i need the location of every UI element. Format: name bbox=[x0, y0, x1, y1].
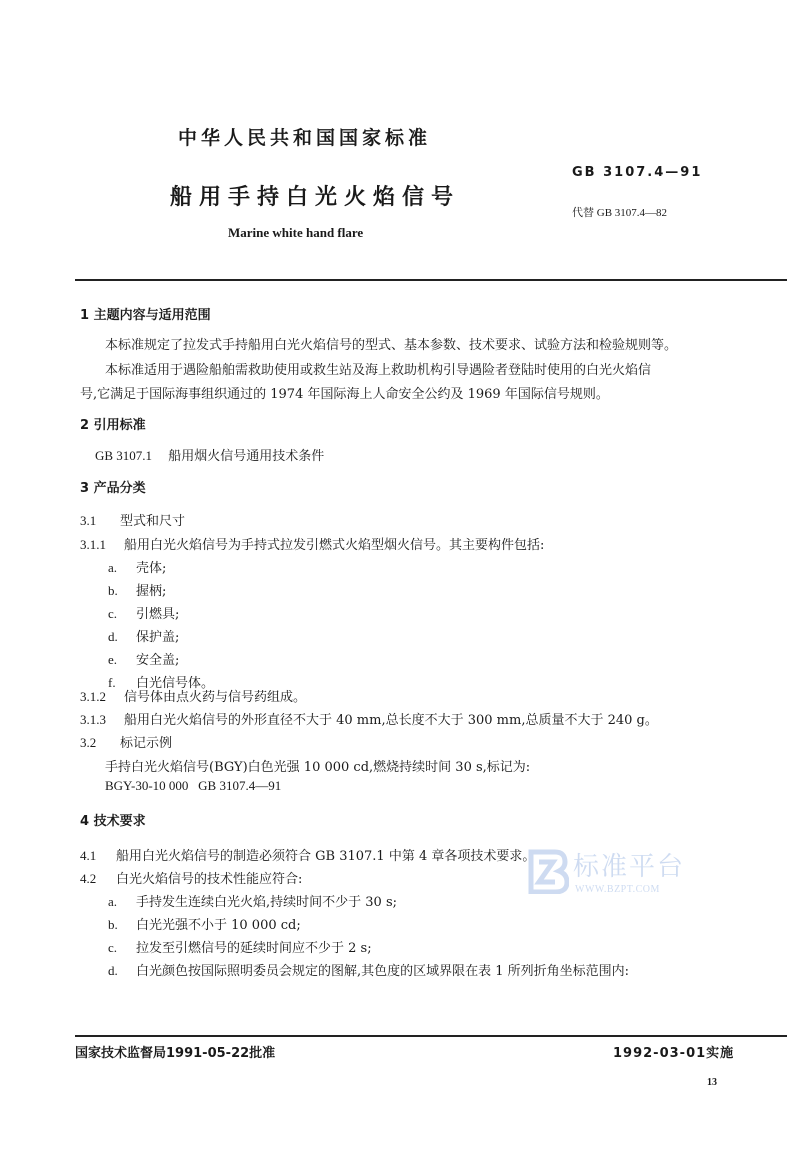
clause-text: 标记示例 bbox=[120, 736, 172, 751]
requirement-item: b.白光光强不小于 10 000 cd; bbox=[108, 914, 301, 933]
clause-3-1: 3.1型式和尺寸 bbox=[80, 510, 185, 529]
clause-number: 4.2 bbox=[80, 871, 116, 887]
section-1-para-1: 本标准规定了拉发式手持船用白光火焰信号的型式、基本参数、技术要求、试验方法和检验… bbox=[105, 334, 677, 353]
item-label: b. bbox=[108, 917, 136, 933]
item-label: a. bbox=[108, 894, 136, 910]
item-label: d. bbox=[108, 963, 136, 979]
clause-number: 3.1.2 bbox=[80, 689, 124, 705]
item-label: a. bbox=[108, 560, 136, 576]
standard-code: GB 3107.4—91 bbox=[572, 165, 702, 180]
clause-text: 船用白光火焰信号为手持式拉发引燃式火焰型烟火信号。其主要构件包括: bbox=[124, 538, 544, 553]
reference-standard: GB 3107.1 船用烟火信号通用技术条件 bbox=[95, 445, 324, 464]
effective-date: 1992-03-01实施 bbox=[613, 1042, 734, 1061]
section-1-para-2-line-2: 号,它满足于国际海事组织通过的 1974 年国际海上人命安全公约及 1969 年… bbox=[80, 383, 609, 402]
section-2-heading: 2 引用标准 bbox=[80, 414, 146, 433]
clause-3-1-3: 3.1.3船用白光火焰信号的外形直径不大于 40 mm,总长度不大于 300 m… bbox=[80, 709, 658, 728]
clause-4-2: 4.2白光火焰信号的技术性能应符合: bbox=[80, 868, 302, 887]
clause-4-1: 4.1船用白光火焰信号的制造必须符合 GB 3107.1 中第 4 章各项技术要… bbox=[80, 845, 535, 864]
clause-3-1-2: 3.1.2信号体由点火药与信号药组成。 bbox=[80, 686, 306, 705]
reference-title: 船用烟火信号通用技术条件 bbox=[168, 449, 324, 464]
clause-3-1-1: 3.1.1船用白光火焰信号为手持式拉发引燃式火焰型烟火信号。其主要构件包括: bbox=[80, 534, 544, 553]
item-label: b. bbox=[108, 583, 136, 599]
english-title: Marine white hand flare bbox=[228, 225, 363, 241]
clause-number: 3.1.1 bbox=[80, 537, 124, 553]
clause-number: 4.1 bbox=[80, 848, 116, 864]
clause-3-2: 3.2标记示例 bbox=[80, 732, 172, 751]
clause-text: 型式和尺寸 bbox=[120, 514, 185, 529]
requirement-item: d.白光颜色按国际照明委员会规定的图解,其色度的区域界限在表 1 所列折角坐标范… bbox=[108, 960, 629, 979]
item-label: c. bbox=[108, 940, 136, 956]
item-label: e. bbox=[108, 652, 136, 668]
clause-number: 3.1 bbox=[80, 513, 120, 529]
item-text: 引燃具; bbox=[136, 607, 179, 622]
item-label: c. bbox=[108, 606, 136, 622]
clause-number: 3.1.3 bbox=[80, 712, 124, 728]
watermark: 标准平台 WWW.BZPT.COM bbox=[527, 846, 727, 904]
page-number: 13 bbox=[707, 1077, 717, 1088]
bzpt-logo-icon bbox=[527, 848, 569, 894]
marking-example-description: 手持白光火焰信号(BGY)白色光强 10 000 cd,燃烧持续时间 30 s,… bbox=[105, 756, 530, 775]
clause-text: 船用白光火焰信号的外形直径不大于 40 mm,总长度不大于 300 mm,总质量… bbox=[124, 713, 658, 728]
approval-note: 国家技术监督局1991-05-22批准 bbox=[75, 1042, 275, 1061]
item-text: 拉发至引燃信号的延续时间应不少于 2 s; bbox=[136, 941, 372, 956]
item-text: 壳体; bbox=[136, 561, 166, 576]
clause-text: 白光火焰信号的技术性能应符合: bbox=[116, 872, 302, 887]
requirement-item: c.拉发至引燃信号的延续时间应不少于 2 s; bbox=[108, 937, 372, 956]
item-text: 白光颜色按国际照明委员会规定的图解,其色度的区域界限在表 1 所列折角坐标范围内… bbox=[136, 964, 629, 979]
clause-number: 3.2 bbox=[80, 735, 120, 751]
clause-text: 船用白光火焰信号的制造必须符合 GB 3107.1 中第 4 章各项技术要求。 bbox=[116, 849, 535, 864]
section-1-heading: 1 主题内容与适用范围 bbox=[80, 304, 211, 323]
replaces-note: 代替 GB 3107.4—82 bbox=[572, 204, 667, 220]
footer-divider bbox=[75, 1035, 787, 1037]
component-item: c.引燃具; bbox=[108, 603, 179, 622]
item-text: 安全盖; bbox=[136, 653, 179, 668]
marking-example-code: BGY-30-10 000 GB 3107.4—91 bbox=[105, 778, 281, 794]
document-title: 船用手持白光火焰信号 bbox=[170, 180, 460, 211]
item-text: 握柄; bbox=[136, 584, 166, 599]
watermark-url: WWW.BZPT.COM bbox=[575, 884, 660, 895]
component-item: d.保护盖; bbox=[108, 626, 179, 645]
item-text: 保护盖; bbox=[136, 630, 179, 645]
header-divider bbox=[75, 279, 787, 281]
requirement-item: a.手持发生连续白光火焰,持续时间不少于 30 s; bbox=[108, 891, 397, 910]
item-label: d. bbox=[108, 629, 136, 645]
reference-code: GB 3107.1 bbox=[95, 448, 152, 463]
item-text: 手持发生连续白光火焰,持续时间不少于 30 s; bbox=[136, 895, 397, 910]
component-item: b.握柄; bbox=[108, 580, 166, 599]
item-text: 白光光强不小于 10 000 cd; bbox=[136, 918, 301, 933]
component-item: e.安全盖; bbox=[108, 649, 179, 668]
clause-text: 信号体由点火药与信号药组成。 bbox=[124, 690, 306, 705]
watermark-text: 标准平台 bbox=[573, 846, 685, 883]
org-title: 中华人民共和国国家标准 bbox=[178, 123, 431, 150]
section-1-para-2-line-1: 本标准适用于遇险船舶需救助使用或救生站及海上救助机构引导遇险者登陆时使用的白光火… bbox=[105, 359, 651, 378]
section-3-heading: 3 产品分类 bbox=[80, 477, 146, 496]
component-item: a.壳体; bbox=[108, 557, 166, 576]
section-4-heading: 4 技术要求 bbox=[80, 810, 146, 829]
